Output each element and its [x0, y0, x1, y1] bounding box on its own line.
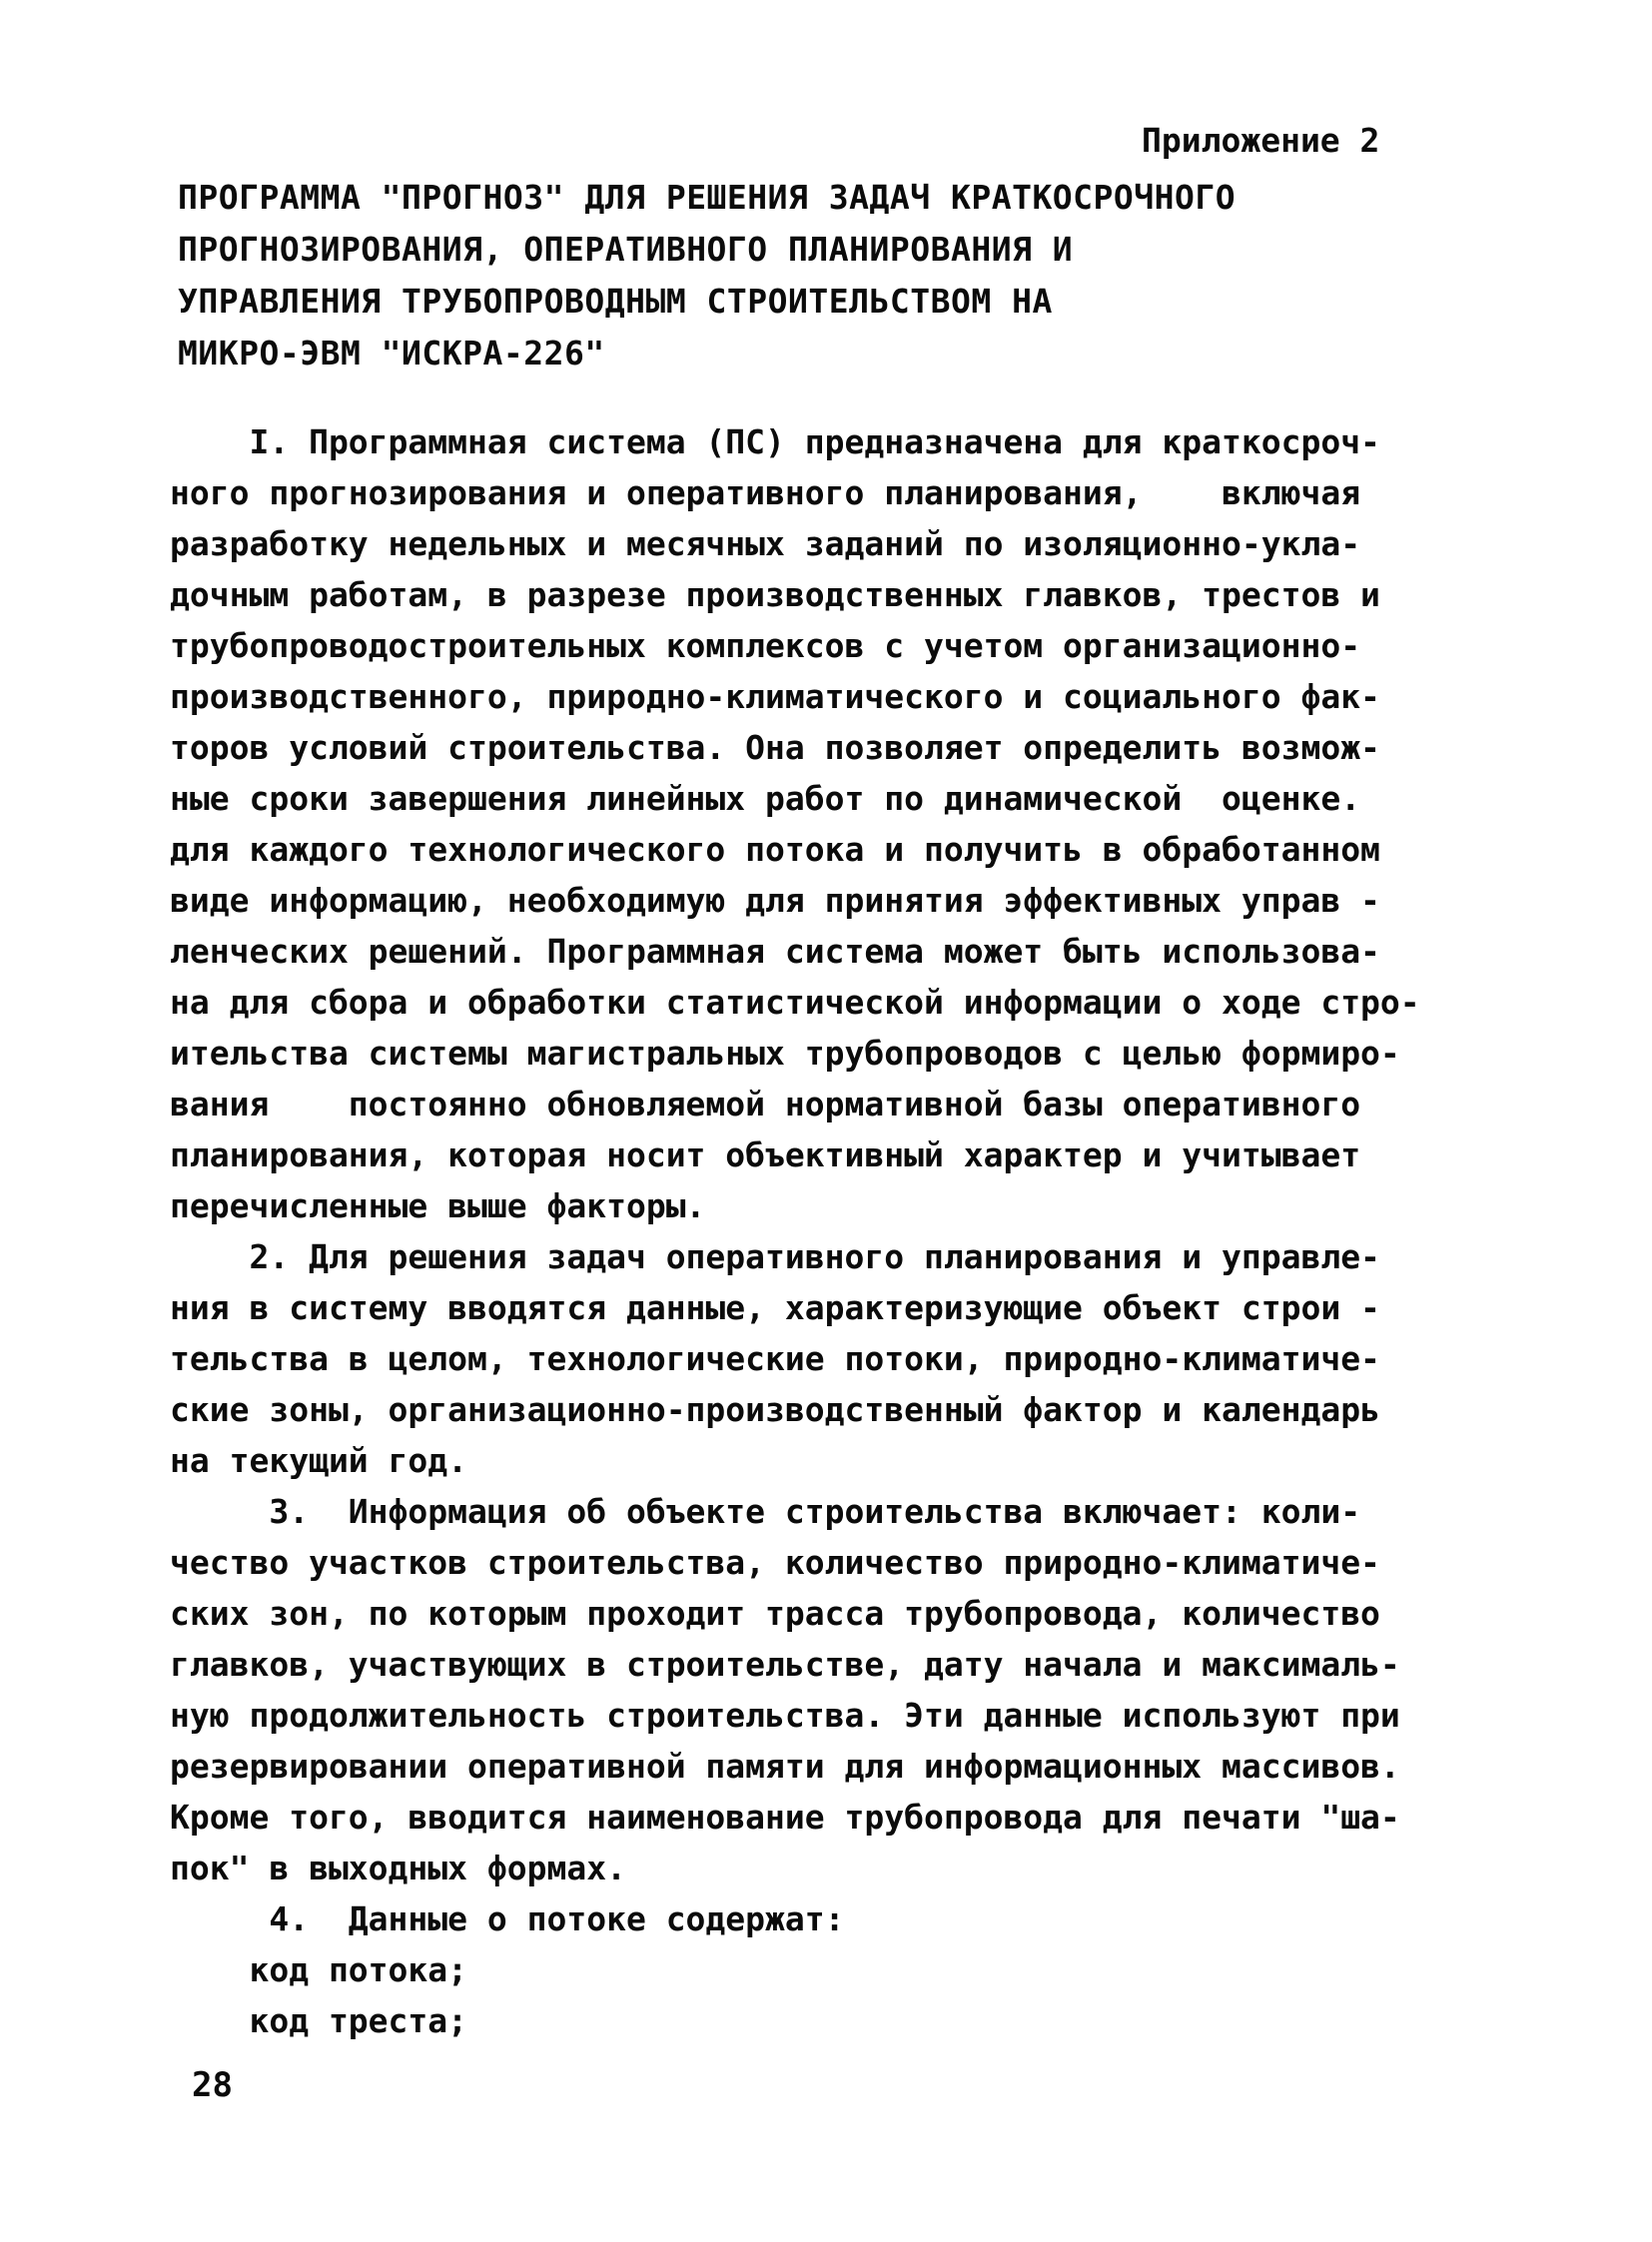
text-line: 4. Данные о потоке содержат: — [170, 1893, 1420, 1944]
text-line: для каждого технологического потока и по… — [170, 824, 1420, 875]
text-line: пок" в выходных формах. — [170, 1843, 1420, 1893]
text-line: ских зон, по которым проходит трасса тру… — [170, 1588, 1420, 1639]
text-line: Кроме того, вводится наименование трубоп… — [170, 1792, 1420, 1843]
text-line: УПРАВЛЕНИЯ ТРУБОПРОВОДНЫМ СТРОИТЕЛЬСТВОМ… — [178, 276, 1236, 328]
document-title: ПРОГРАММА "ПРОГНОЗ" ДЛЯ РЕШЕНИЯ ЗАДАЧ КР… — [178, 172, 1236, 379]
text-line: планирования, которая носит объективный … — [170, 1129, 1420, 1180]
text-line: ния в систему вводятся данные, характери… — [170, 1282, 1420, 1333]
page-number: 28 — [192, 2065, 233, 2105]
text-line: код треста; — [170, 1995, 1420, 2046]
text-line: ские зоны, организационно-производственн… — [170, 1384, 1420, 1435]
text-line: 3. Информация об объекте строительства в… — [170, 1486, 1420, 1537]
text-line: виде информацию, необходимую для приняти… — [170, 875, 1420, 926]
text-line: на текущий год. — [170, 1435, 1420, 1486]
text-line: ного прогнозирования и оперативного план… — [170, 467, 1420, 518]
text-line: перечисленные выше факторы. — [170, 1180, 1420, 1231]
text-line: 2. Для решения задач оперативного планир… — [170, 1231, 1420, 1282]
text-line: на для сбора и обработки статистической … — [170, 977, 1420, 1028]
text-line: ные сроки завершения линейных работ по д… — [170, 773, 1420, 824]
document-page: Приложение 2 ПРОГРАММА "ПРОГНОЗ" ДЛЯ РЕШ… — [0, 0, 1652, 2242]
text-line: торов условий строительства. Она позволя… — [170, 722, 1420, 773]
text-line: ПРОГРАММА "ПРОГНОЗ" ДЛЯ РЕШЕНИЯ ЗАДАЧ КР… — [178, 172, 1236, 224]
text-line: ленческих решений. Программная система м… — [170, 926, 1420, 977]
text-line: тельства в целом, технологические потоки… — [170, 1333, 1420, 1384]
text-line: производственного, природно-климатическо… — [170, 671, 1420, 722]
text-line: главков, участвующих в строительстве, да… — [170, 1639, 1420, 1690]
text-line: вания постоянно обновляемой нормативной … — [170, 1079, 1420, 1129]
text-line: трубопроводостроительных комплексов с уч… — [170, 620, 1420, 671]
text-line: ПРОГНОЗИРОВАНИЯ, ОПЕРАТИВНОГО ПЛАНИРОВАН… — [178, 224, 1236, 276]
appendix-label: Приложение 2 — [1142, 120, 1379, 162]
text-line: резервировании оперативной памяти для ин… — [170, 1741, 1420, 1792]
text-line: чество участков строительства, количеств… — [170, 1537, 1420, 1588]
text-line: разработку недельных и месячных заданий … — [170, 518, 1420, 569]
text-line: код потока; — [170, 1944, 1420, 1995]
text-line: I. Программная система (ПС) предназначен… — [170, 416, 1420, 467]
text-line: ную продолжительность строительства. Эти… — [170, 1690, 1420, 1741]
text-line: МИКРО-ЭВМ "ИСКРА-226" — [178, 328, 1236, 379]
text-line: ительства системы магистральных трубопро… — [170, 1028, 1420, 1079]
body-text: I. Программная система (ПС) предназначен… — [170, 416, 1420, 2046]
text-line: дочным работам, в разрезе производственн… — [170, 569, 1420, 620]
